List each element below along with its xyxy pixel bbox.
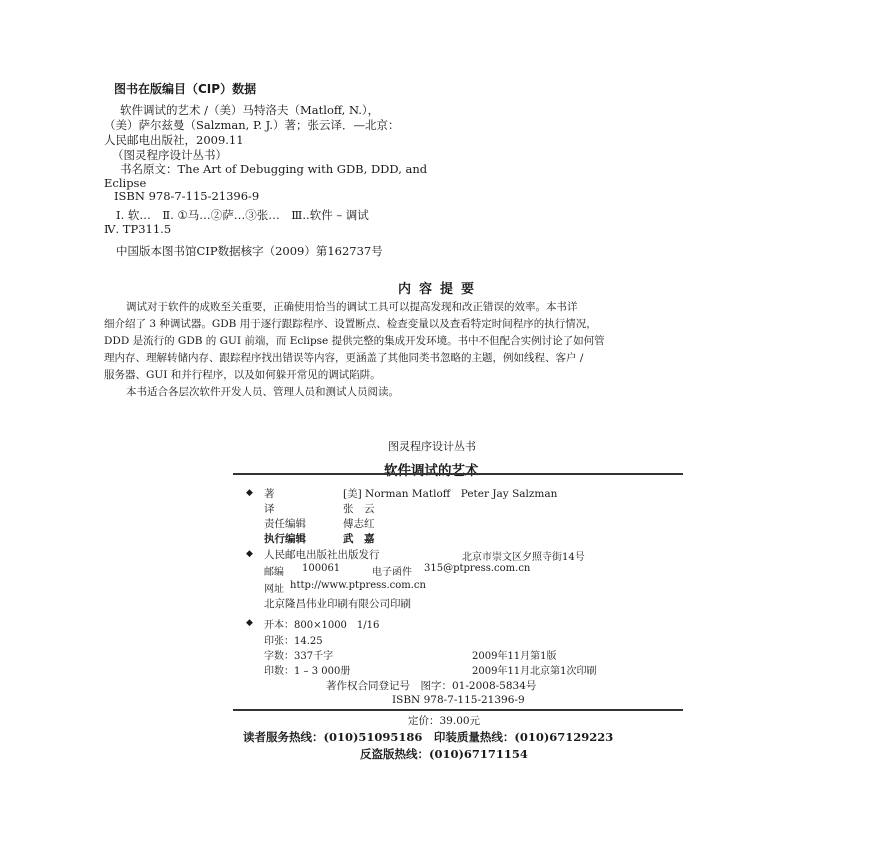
email-label: 电子函件 (372, 563, 412, 578)
credit-role: 译 (264, 501, 275, 516)
edition: 2009年11月第1版 (472, 647, 557, 662)
book-title: 软件调试的艺术 (384, 459, 479, 479)
cip-classification-2: Ⅳ. TP311.5 (104, 222, 171, 237)
abstract-line: 细介绍了 3 种调试器。GDB 用于逐行跟踪程序、设置断点、检查变量以及查看特定… (104, 316, 597, 334)
cip-number: 中国版本图书馆CIP数据核字（2009）第162737号 (116, 244, 383, 259)
bullet-icon: ◆ (246, 618, 253, 628)
cip-heading: 图书在版编目（CIP）数据 (114, 80, 256, 97)
address: 北京市崇文区夕照寺街14号 (462, 548, 585, 563)
credit-name: [美] Norman Matloff Peter Jay Salzman (343, 486, 557, 501)
cip-line: （图灵程序设计丛书） (112, 148, 227, 163)
publisher: 人民邮电出版社出版发行 (264, 547, 380, 562)
postcode-label: 邮编 (264, 563, 284, 578)
printer: 北京隆昌伟业印刷有限公司印刷 (264, 596, 411, 611)
website: http://www.ptpress.com.cn (290, 580, 426, 591)
cip-line: 人民邮电出版社，2009.11 (104, 133, 244, 148)
anti-piracy-hotline: 反盗版热线：(010)67171154 (360, 746, 528, 762)
isbn: ISBN 978-7-115-21396-9 (392, 694, 525, 706)
series-name: 图灵程序设计丛书 (388, 438, 476, 454)
copyright-registration: 著作权合同登记号 图字：01-2008-5834号 (326, 678, 536, 693)
credit-role: 责任编辑 (264, 516, 306, 531)
credit-name: 张 云 (343, 501, 375, 516)
cip-classification: Ⅰ. 软… Ⅱ. ①马…②萨…③张… Ⅲ..软件 – 调试 (116, 208, 369, 223)
website-label: 网址 (264, 580, 284, 595)
price: 定价：39.00元 (408, 713, 480, 728)
abstract-line: 服务器、GUI 和并行程序，以及如何躲开常见的调试陷阱。 (104, 367, 381, 385)
cip-line: 软件调试的艺术 /（美）马特洛夫（Matloff, N.）， (120, 103, 379, 118)
divider-bottom (233, 709, 683, 711)
email: 315@ptpress.com.cn (424, 563, 530, 574)
print-run: 印数：1 – 3 000册 (264, 662, 350, 677)
credit-name: 武 嘉 (343, 531, 375, 546)
hotlines: 读者服务热线：(010)51095186 印装质量热线：(010)6712922… (243, 729, 613, 745)
postcode: 100061 (302, 563, 340, 574)
sheets: 印张：14.25 (264, 632, 323, 647)
cip-line: 书名原文：The Art of Debugging with GDB, DDD,… (120, 162, 427, 177)
credit-name: 傅志红 (343, 516, 375, 531)
abstract-line: DDD 是流行的 GDB 的 GUI 前端，而 Eclipse 提供完整的集成开… (104, 333, 605, 351)
word-count: 字数：337千字 (264, 647, 333, 662)
printing: 2009年11月北京第1次印刷 (472, 662, 597, 677)
abstract-line: 本书适合各层次软件开发人员、管理人员和测试人员阅读。 (126, 384, 399, 402)
abstract-line: 理内存、理解转储内存、跟踪程序找出错误等内容，更涵盖了其他同类书忽略的主题，例如… (104, 350, 583, 368)
abstract-line: 调试对于软件的成败至关重要，正确使用恰当的调试工具可以提高发现和改正错误的效率。… (126, 299, 578, 317)
credit-role: 执行编辑 (264, 531, 306, 546)
bullet-icon: ◆ (246, 549, 253, 559)
bullet-icon: ◆ (246, 488, 253, 498)
cip-line: （美）萨尔兹曼（Salzman, P. J.）著；张云译．—北京： (104, 118, 400, 133)
abstract-title: 内容提要 (398, 278, 482, 297)
format: 开本：800×1000 1/16 (264, 616, 379, 631)
divider-top (233, 473, 683, 475)
credit-role: 著 (264, 486, 275, 501)
cip-isbn: ISBN 978-7-115-21396-9 (114, 189, 259, 204)
